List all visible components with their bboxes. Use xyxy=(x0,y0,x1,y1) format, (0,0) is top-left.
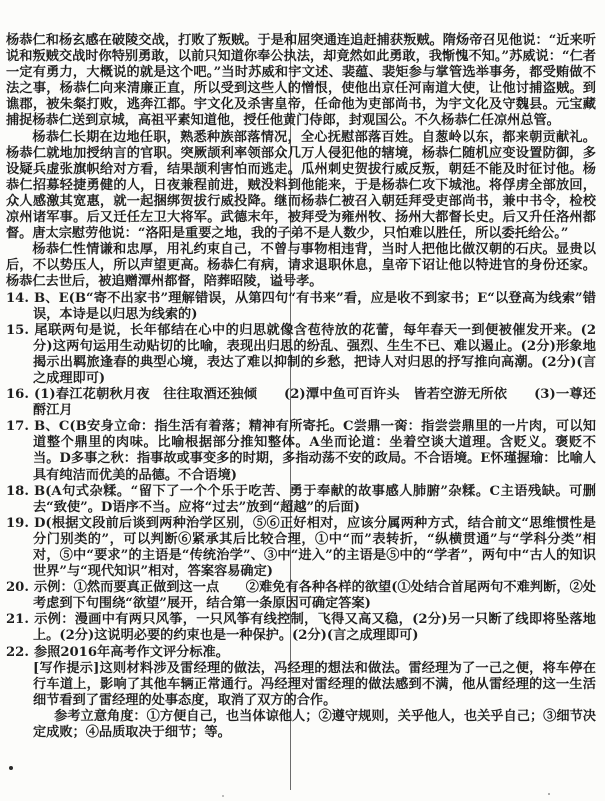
writing-hint-paragraph: [写作提示]这则材料涉及雷经理的做法，冯经理的想法和做法。雷经理为了一己之便，将… xyxy=(33,661,596,709)
essay-angles-paragraph: 参考立意角度：①方便自己，也当体谅他人；②遵守规则，关乎他人，也关乎自己；③细节… xyxy=(33,709,596,741)
answer-number-17: 17. xyxy=(6,419,29,434)
translation-paragraph-3: 杨恭仁性情谦和忠厚，用礼约束自己，不曾与事物相违背，当时人把他比做汉朝的石庆。显… xyxy=(6,242,596,290)
answer-text-16: (1)春江花朝秋月夜 往往取酒还独倾 (2)潭中鱼可百许头 皆若空游无所依 (3… xyxy=(33,387,596,418)
answer-text-19: D(根据文段前后谈到两种治学区别，⑤⑥正好相对，应该分属两种方式，结合前文“思维… xyxy=(33,516,596,579)
answer-item-20: 20.示例：①然而要真正做到这一点 ②难免有各种各样的欲望(①处结合首尾两句不难… xyxy=(6,580,596,612)
ink-speck xyxy=(222,795,224,797)
answer-text-14: B、E(B“寄不出家书”理解错误，从第四句“有书来”看，应是收不到家书；E“以登… xyxy=(33,291,596,322)
answer-item-15: 15.尾联两句是说，长年郁结在心中的归思就像含苞待放的花蕾，每年春天一到便被催发… xyxy=(6,323,596,387)
answer-number-22: 22. xyxy=(6,645,29,660)
answer-number-15: 15. xyxy=(6,323,29,338)
answer-number-19: 19. xyxy=(6,516,29,531)
answer-text-22: 参照2016年高考作文评分标准。 xyxy=(34,645,229,660)
answer-number-16: 16. xyxy=(6,387,29,402)
answer-number-21: 21. xyxy=(6,612,29,627)
answer-text-21: 示例：漫画中有两只风筝，一只风筝有线控制，飞得又高又稳，(2分)另一只断了线即将… xyxy=(33,612,596,643)
answer-item-19: 19.D(根据文段前后谈到两种治学区别，⑤⑥正好相对，应该分属两种方式，结合前文… xyxy=(6,516,596,580)
answer-item-21: 21.示例：漫画中有两只风筝，一只风筝有线控制，飞得又高又稳，(2分)另一只断了… xyxy=(6,612,596,644)
answer-number-14: 14. xyxy=(6,291,29,306)
answer-number-18: 18. xyxy=(6,484,29,499)
scanned-answer-key-page: 杨恭仁和杨玄感在破陵交战，打败了叛贼。于是和屈突通连追赶捕获叛贼。隋炀帝召见他说… xyxy=(0,0,605,801)
answer-number-20: 20. xyxy=(6,580,29,595)
translation-paragraph-2: 杨恭仁长期在边地任职，熟悉种族部落情况，全心抚慰部落百姓。自葱岭以东，都来朝贡献… xyxy=(6,130,596,243)
answer-item-14: 14.B、E(B“寄不出家书”理解错误，从第四句“有书来”看，应是收不到家书；E… xyxy=(6,291,596,323)
answer-text-18: B(A句式杂糅。“留下了一个个乐于吃苦、勇于奉献的故事感人肺腑”杂糅。C主语残缺… xyxy=(33,484,596,515)
answer-item-17: 17.B、C(B安身立命：指生活有着落；精神有所寄托。C尝鼎一脔：指尝尝鼎里的一… xyxy=(6,419,596,483)
ink-speck xyxy=(9,766,13,770)
answer-text-17: B、C(B安身立命：指生活有着落；精神有所寄托。C尝鼎一脔：指尝尝鼎里的一片肉，… xyxy=(33,419,596,482)
answer-text-15: 尾联两句是说，长年郁结在心中的归思就像含苞待放的花蕾，每年春天一到便被催发开来。… xyxy=(33,323,596,386)
translation-paragraph-1: 杨恭仁和杨玄感在破陵交战，打败了叛贼。于是和屈突通连追赶捕获叛贼。隋炀帝召见他说… xyxy=(6,33,596,130)
answer-item-18: 18.B(A句式杂糅。“留下了一个个乐于吃苦、勇于奉献的故事感人肺腑”杂糅。C主… xyxy=(6,484,596,516)
answer-text-20: 示例：①然而要真正做到这一点 ②难免有各种各样的欲望(①处结合首尾两句不难判断，… xyxy=(33,580,596,611)
answer-item-16: 16.(1)春江花朝秋月夜 往往取酒还独倾 (2)潭中鱼可百许头 皆若空游无所依… xyxy=(6,387,596,419)
ink-speck xyxy=(548,793,550,795)
page-content: 杨恭仁和杨玄感在破陵交战，打败了叛贼。于是和屈突通连追赶捕获叛贼。隋炀帝召见他说… xyxy=(6,33,596,741)
answer-item-22: 22.参照2016年高考作文评分标准。 [写作提示]这则材料涉及雷经理的做法，冯… xyxy=(6,645,596,742)
